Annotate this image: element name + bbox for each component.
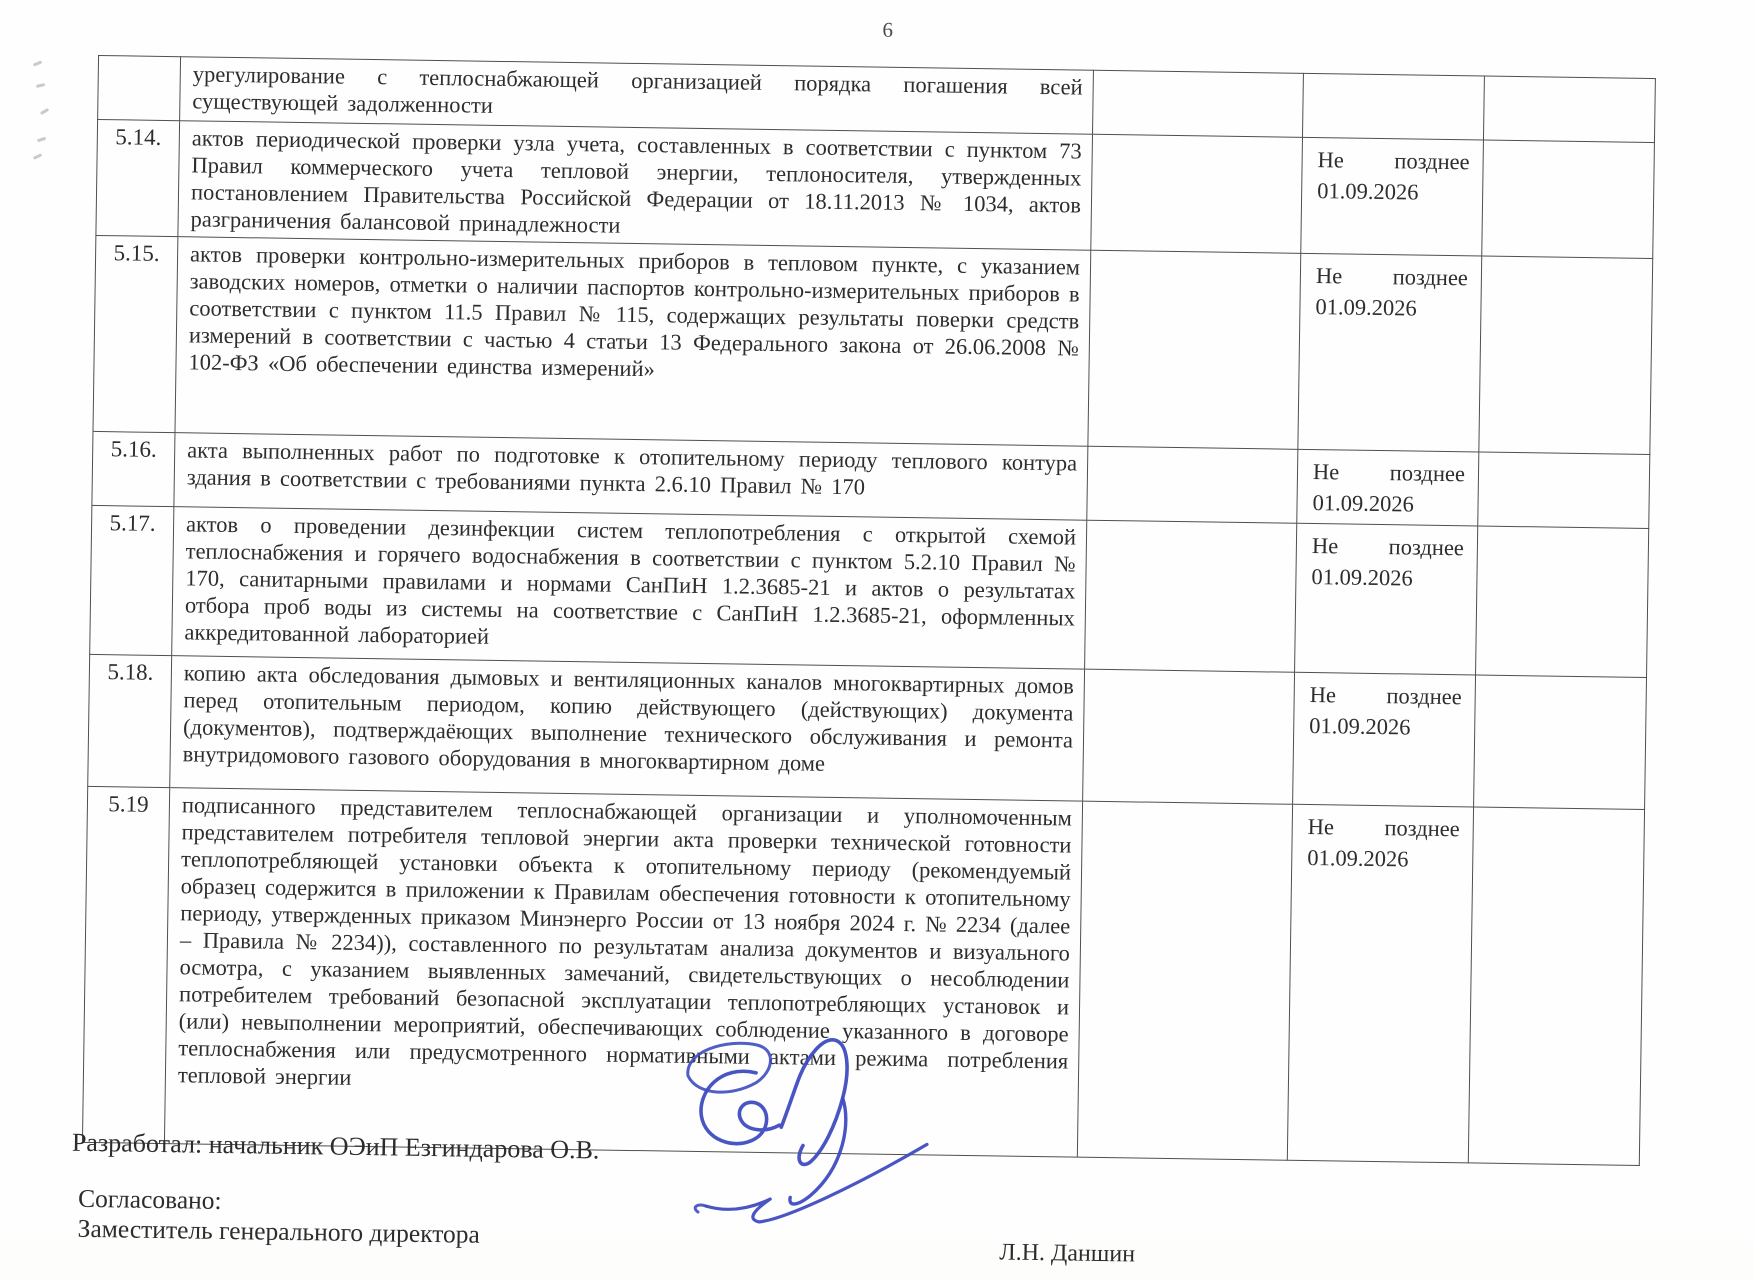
row-empty-cell-2 — [1479, 256, 1653, 455]
row-empty-cell-1 — [1085, 520, 1297, 672]
row-empty-cell-1 — [1093, 70, 1304, 137]
scanned-sheet: 6 урегулирование с теплоснабжающей орган… — [0, 0, 1754, 1240]
row-empty-cell-2 — [1482, 140, 1655, 259]
row-number-cell — [98, 55, 181, 120]
row-text-cell: акта выполненных работ по подготовке к о… — [174, 433, 1088, 521]
row-empty-cell-2 — [1476, 526, 1649, 678]
row-number-cell: 5.14. — [96, 119, 180, 236]
row-deadline-cell — [1302, 73, 1484, 140]
row-text-cell: актов периодической проверки узла учета,… — [178, 121, 1093, 251]
requirements-table: урегулирование с теплоснабжающей организ… — [82, 55, 1656, 1166]
row-empty-cell-2 — [1483, 76, 1655, 143]
table-row: 5.19 подписанного представителем теплосн… — [82, 786, 1644, 1165]
row-deadline-cell: Не позднее 01.09.2026 — [1293, 672, 1476, 807]
page-number: 6 — [882, 18, 893, 43]
row-deadline-cell: Не позднее 01.09.2026 — [1298, 253, 1482, 452]
row-empty-cell-2 — [1474, 675, 1647, 810]
row-number-cell: 5.19 — [82, 786, 169, 1143]
row-number-cell: 5.18. — [88, 654, 172, 787]
row-text-cell: подписанного представителем теплоснабжаю… — [164, 788, 1082, 1158]
table-row: 5.18. копию акта обследования дымовых и … — [88, 654, 1647, 809]
row-number-cell: 5.15. — [93, 235, 178, 432]
document-page: 6 урегулирование с теплоснабжающей орган… — [0, 0, 1754, 1240]
table-row: 5.17. актов о проведении дезинфекции сис… — [90, 505, 1649, 677]
row-empty-cell-2 — [1478, 452, 1650, 529]
row-deadline-cell: Не позднее 01.09.2026 — [1301, 137, 1484, 256]
table-row: 5.14. актов периодической проверки узла … — [96, 119, 1655, 258]
row-number-cell: 5.17. — [90, 505, 174, 655]
row-text-cell: актов о проведении дезинфекции систем те… — [172, 507, 1087, 670]
row-number-cell: 5.16. — [92, 431, 175, 506]
row-text-cell: копию акта обследования дымовых и вентил… — [170, 656, 1085, 802]
row-deadline-cell: Не позднее 01.09.2026 — [1297, 449, 1479, 526]
row-empty-cell-1 — [1087, 446, 1298, 523]
row-text-cell: актов проверки контрольно-измерительных … — [175, 237, 1091, 447]
row-empty-cell-1 — [1091, 134, 1303, 253]
row-deadline-cell: Не позднее 01.09.2026 — [1287, 804, 1473, 1163]
row-empty-cell-1 — [1088, 250, 1301, 449]
requirements-table-body: урегулирование с теплоснабжающей организ… — [82, 55, 1655, 1165]
row-empty-cell-1 — [1083, 669, 1295, 804]
row-deadline-cell: Не позднее 01.09.2026 — [1295, 523, 1478, 675]
row-empty-cell-1 — [1077, 801, 1292, 1160]
table-row: 5.15. актов проверки контрольно-измерите… — [93, 235, 1653, 454]
row-empty-cell-2 — [1468, 807, 1644, 1165]
